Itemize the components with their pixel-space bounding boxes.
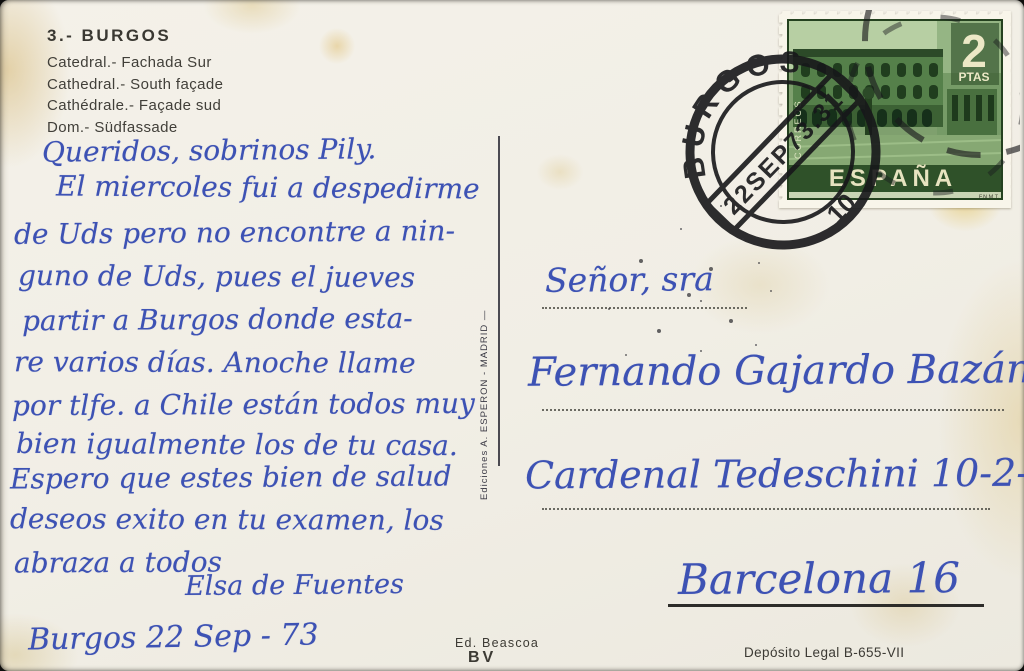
message-line: deseos exito en tu examen, los (10, 502, 444, 537)
ink-speckles (700, 300, 702, 302)
address-solid-line (668, 604, 984, 607)
message-line: El miercoles fui a despedirme (56, 170, 480, 206)
caption-title: 3.- BURGOS (47, 26, 223, 46)
message-line: Queridos, sobrinos Pily. (42, 132, 377, 168)
message-line: partir a Burgos donde esta- (22, 302, 413, 338)
caption-line-fr: Cathédrale.- Façade sud (47, 95, 223, 117)
publisher-credit-vertical: Ediciones A. ESPERON - MADRID — (479, 210, 490, 500)
message-line: guno de Uds, pues el jueves (18, 259, 415, 294)
message-line: de Uds pero no encontre a nin- (14, 214, 455, 251)
center-divider-line (498, 136, 500, 466)
caption-line-es: Catedral.- Fachada Sur (47, 52, 223, 74)
caption-line-en: Cathedral.- South façade (47, 74, 223, 96)
address-city: Barcelona 16 (678, 553, 960, 604)
date-line: Burgos 22 Sep - 73 (28, 617, 319, 657)
message-line: por tlfe. a Chile están todos muy (12, 387, 475, 422)
caption-block: 3.- BURGOS Catedral.- Fachada Sur Cathed… (47, 26, 223, 138)
postcard-back: 3.- BURGOS Catedral.- Fachada Sur Cathed… (0, 0, 1024, 671)
footer-publisher: Ed. Beascoa (455, 636, 539, 650)
signature: Elsa de Fuentes (185, 569, 404, 602)
postmark-office-code: 10 (820, 187, 862, 229)
message-line: bien igualmente los de tu casa. (16, 427, 458, 462)
address-street: Cardenal Tedeschini 10-2-2 (525, 451, 1024, 498)
footer-publisher-mark: BV (468, 649, 496, 667)
footer-deposito-legal: Depósito Legal B-655-VII (744, 645, 904, 660)
address-name: Fernando Gajardo Bazán (528, 346, 1024, 396)
address-dotted-line (542, 506, 990, 510)
address-dotted-line (542, 407, 1004, 411)
postmark-cancellation: BURGOS 22SEP73.31 10 (600, 10, 1020, 340)
message-line: Espero que estes bien de salud (10, 459, 452, 495)
message-line: re varios días. Anoche llame (14, 345, 416, 379)
